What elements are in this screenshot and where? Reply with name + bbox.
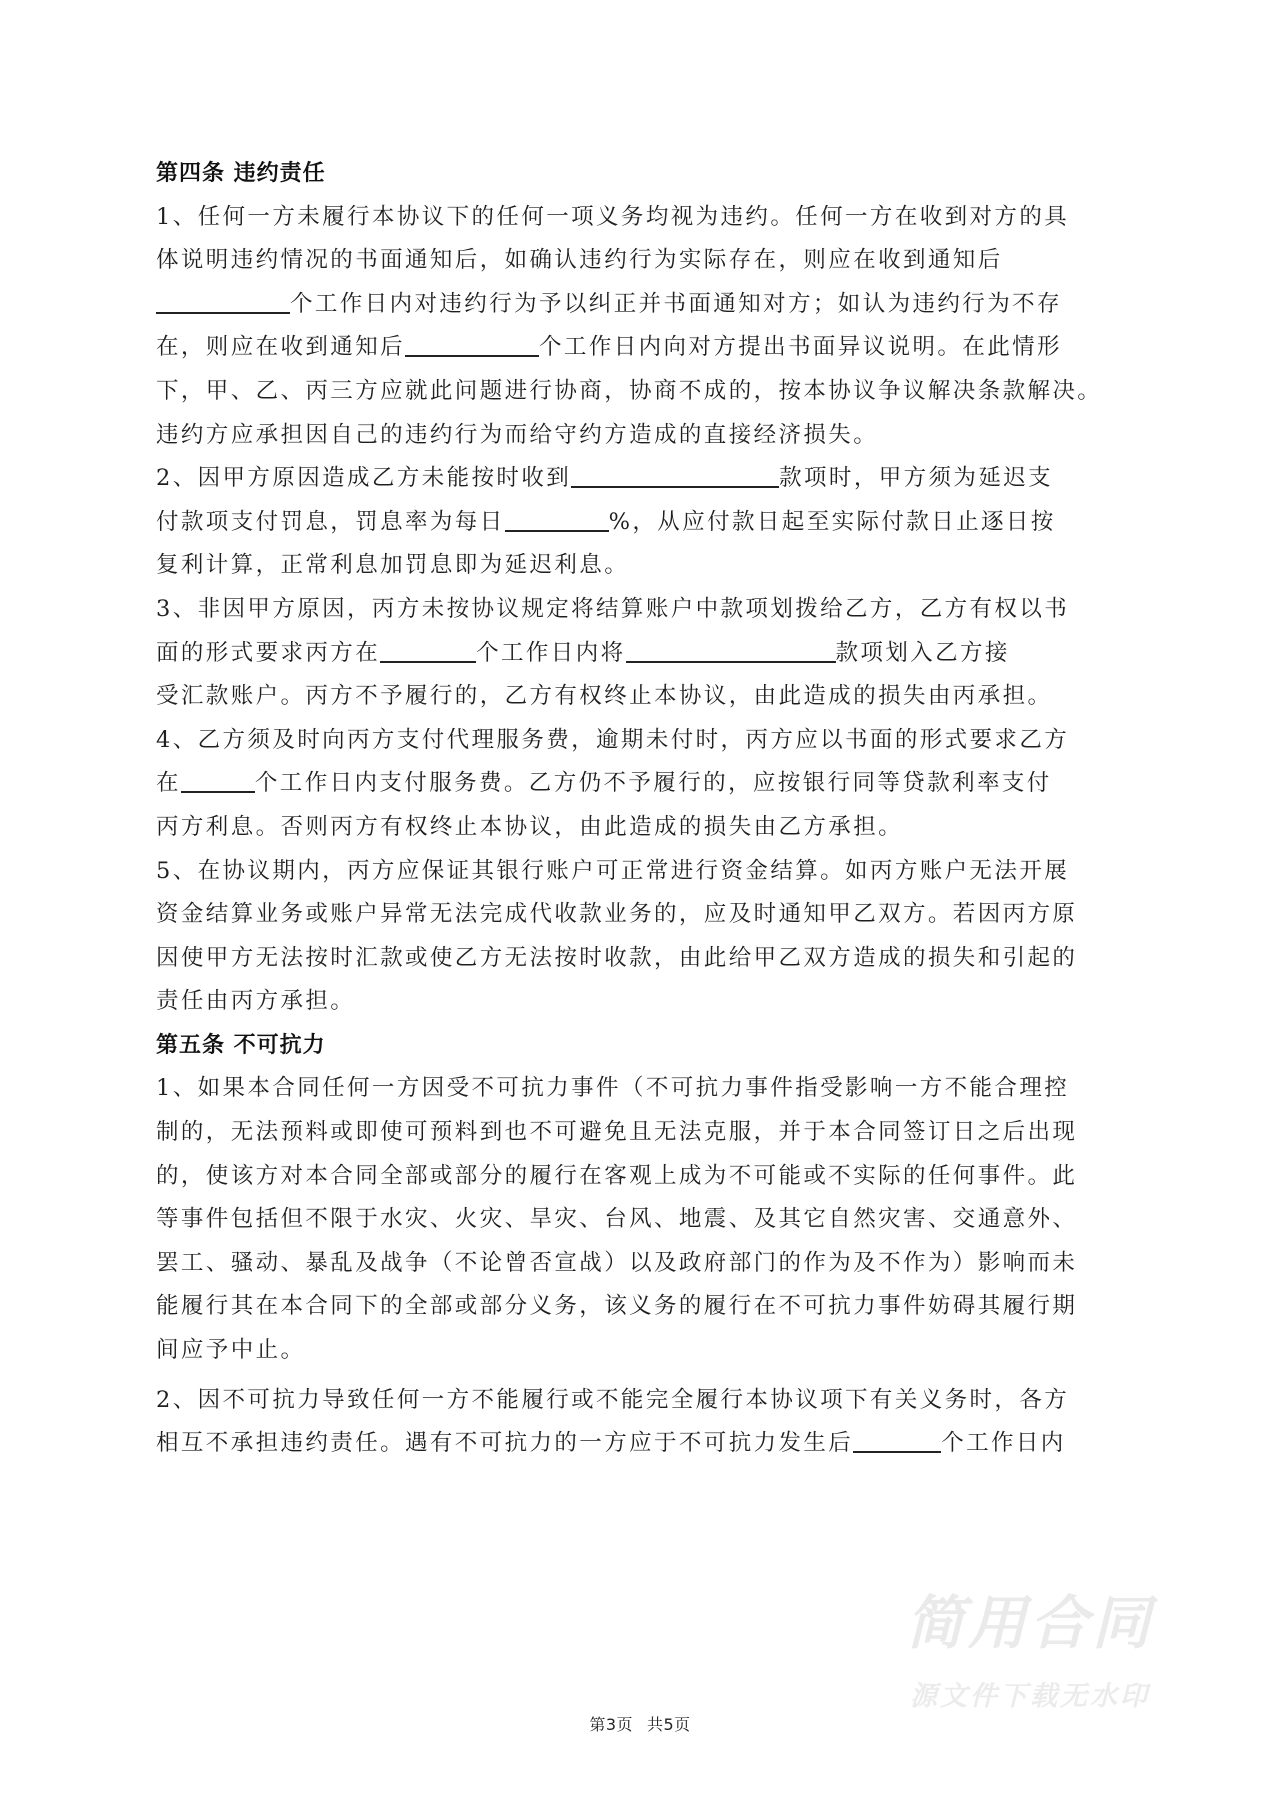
text: %，从应付款日起至实际付款日止逐日按 xyxy=(609,509,1056,535)
watermark-brand: 简用合同 xyxy=(880,1590,1180,1656)
clause-5-1-line-4: 等事件包括但不限于水灾、火灾、旱灾、台风、地震、及其它自然灾害、交通意外、 xyxy=(156,1198,1126,1242)
watermark: 简用合同 源文件下载无水印 xyxy=(880,1590,1180,1713)
text: 受汇款账户。丙方不予履行的，乙方有权终止本协议，由此造成的损失由丙承担。 xyxy=(156,683,1052,709)
section-heading-breach-liability: 第四条 违约责任 xyxy=(156,152,1126,196)
text: 款项划入乙方接 xyxy=(836,640,1010,666)
text: 款项时，甲方须为延迟支 xyxy=(779,465,1053,491)
text: 制的，无法预料或即使可预料到也不可避免且无法克服，并于本合同签订日之后出现 xyxy=(156,1119,1077,1145)
text: 个工作日内将 xyxy=(476,640,625,666)
clause-4-2-line-2: 付款项支付罚息，罚息率为每日%，从应付款日起至实际付款日止逐日按 xyxy=(156,501,1126,545)
text: 在，则应在收到通知后 xyxy=(156,334,405,360)
document-body: 第四条 违约责任 1、任何一方未履行本协议下的任何一项义务均视为违约。任何一方在… xyxy=(156,152,1126,1466)
text: 1、任何一方未履行本协议下的任何一项义务均视为违约。任何一方在收到对方的具 xyxy=(156,204,1069,230)
clause-4-2-line-1: 2、因甲方原因造成乙方未能按时收到款项时，甲方须为延迟支 xyxy=(156,457,1126,501)
watermark-tagline: 源文件下载无水印 xyxy=(880,1674,1180,1713)
clause-4-3-line-2: 面的形式要求丙方在个工作日内将款项划入乙方接 xyxy=(156,632,1126,676)
fill-blank-notice-days[interactable] xyxy=(853,1425,941,1453)
text: 责任由丙方承担。 xyxy=(156,988,355,1014)
fill-blank-penalty-rate[interactable] xyxy=(505,504,609,532)
clause-4-5-line-2: 资金结算业务或账户异常无法完成代收款业务的，应及时通知甲乙双方。若因丙方原 xyxy=(156,893,1126,937)
clause-4-5-line-1: 5、在协议期内，丙方应保证其银行账户可正常进行资金结算。如丙方账户无法开展 xyxy=(156,850,1126,894)
page-footer: 第3页共5页 xyxy=(0,1712,1280,1735)
text: 体说明违约情况的书面通知后，如确认违约行为实际存在，则应在收到通知后 xyxy=(156,247,1003,273)
text: 资金结算业务或账户异常无法完成代收款业务的，应及时通知甲乙双方。若因丙方原 xyxy=(156,901,1077,927)
text: 1、如果本合同任何一方因受不可抗力事件（不可抗力事件指受影响一方不能合理控 xyxy=(156,1075,1069,1101)
text: 违约方应承担因自己的违约行为而给守约方造成的直接经济损失。 xyxy=(156,422,878,448)
fill-blank-fee-days[interactable] xyxy=(181,765,255,793)
clause-4-4-line-2: 在个工作日内支付服务费。乙方仍不予履行的，应按银行同等贷款利率支付 xyxy=(156,762,1126,806)
clause-4-1-line-3: 个工作日内对违约行为予以纠正并书面通知对方；如认为违约行为不存 xyxy=(156,283,1126,327)
clause-4-1-line-2: 体说明违约情况的书面通知后，如确认违约行为实际存在，则应在收到通知后 xyxy=(156,239,1126,283)
clause-5-1-line-6: 能履行其在本合同下的全部或部分义务，该义务的履行在不可抗力事件妨碍其履行期 xyxy=(156,1285,1126,1329)
fill-blank-transfer-amount[interactable] xyxy=(626,635,836,663)
fill-blank-correction-days[interactable] xyxy=(156,286,290,314)
text: 丙方利息。否则丙方有权终止本协议，由此造成的损失由乙方承担。 xyxy=(156,814,903,840)
clause-4-2-line-3: 复利计算，正常利息加罚息即为延迟利息。 xyxy=(156,544,1126,588)
text: 4、乙方须及时向丙方支付代理服务费，逾期未付时，丙方应以书面的形式要求乙方 xyxy=(156,727,1069,753)
clause-5-2-line-2: 相互不承担违约责任。遇有不可抗力的一方应于不可抗力发生后个工作日内 xyxy=(156,1422,1126,1466)
clause-4-1-line-6: 违约方应承担因自己的违约行为而给守约方造成的直接经济损失。 xyxy=(156,414,1126,458)
fill-blank-objection-days[interactable] xyxy=(405,329,539,357)
text: 付款项支付罚息，罚息率为每日 xyxy=(156,509,505,535)
clause-4-5-line-3: 因使甲方无法按时汇款或使乙方无法按时收款，由此给甲乙双方造成的损失和引起的 xyxy=(156,937,1126,981)
clause-5-2-line-1: 2、因不可抗力导致任何一方不能履行或不能完全履行本协议项下有关义务时，各方 xyxy=(156,1379,1126,1423)
text: 下，甲、乙、丙三方应就此问题进行协商，协商不成的，按本协议争议解决条款解决。 xyxy=(156,378,1102,404)
text: 面的形式要求丙方在 xyxy=(156,640,380,666)
clause-4-1-line-5: 下，甲、乙、丙三方应就此问题进行协商，协商不成的，按本协议争议解决条款解决。 xyxy=(156,370,1126,414)
page-total: 共5页 xyxy=(647,1715,691,1734)
clause-4-1-line-4: 在，则应在收到通知后个工作日内向对方提出书面异议说明。在此情形 xyxy=(156,326,1126,370)
clause-5-1-line-1: 1、如果本合同任何一方因受不可抗力事件（不可抗力事件指受影响一方不能合理控 xyxy=(156,1067,1126,1111)
document-page: 第四条 违约责任 1、任何一方未履行本协议下的任何一项义务均视为违约。任何一方在… xyxy=(0,0,1280,1810)
clause-4-3-line-1: 3、非因甲方原因，丙方未按协议规定将结算账户中款项划拨给乙方，乙方有权以书 xyxy=(156,588,1126,632)
fill-blank-transfer-days[interactable] xyxy=(380,635,476,663)
text: 个工作日内向对方提出书面异议说明。在此情形 xyxy=(539,334,1062,360)
page-number: 第3页 xyxy=(589,1715,633,1734)
clause-4-5-line-4: 责任由丙方承担。 xyxy=(156,980,1126,1024)
clause-5-1-line-7: 间应予中止。 xyxy=(156,1329,1126,1373)
text: 5、在协议期内，丙方应保证其银行账户可正常进行资金结算。如丙方账户无法开展 xyxy=(156,858,1069,884)
clause-4-3-line-3: 受汇款账户。丙方不予履行的，乙方有权终止本协议，由此造成的损失由丙承担。 xyxy=(156,675,1126,719)
text: 3、非因甲方原因，丙方未按协议规定将结算账户中款项划拨给乙方，乙方有权以书 xyxy=(156,596,1069,622)
clause-4-4-line-1: 4、乙方须及时向丙方支付代理服务费，逾期未付时，丙方应以书面的形式要求乙方 xyxy=(156,719,1126,763)
clause-5-1-line-2: 制的，无法预料或即使可预料到也不可避免且无法克服，并于本合同签订日之后出现 xyxy=(156,1111,1126,1155)
clause-5-1-line-5: 罢工、骚动、暴乱及战争（不论曾否宣战）以及政府部门的作为及不作为）影响而未 xyxy=(156,1242,1126,1286)
text: 个工作日内支付服务费。乙方仍不予履行的，应按银行同等贷款利率支付 xyxy=(255,770,1052,796)
text: 复利计算，正常利息加罚息即为延迟利息。 xyxy=(156,552,629,578)
clause-4-4-line-3: 丙方利息。否则丙方有权终止本协议，由此造成的损失由乙方承担。 xyxy=(156,806,1126,850)
text: 2、因甲方原因造成乙方未能按时收到 xyxy=(156,465,571,491)
text: 罢工、骚动、暴乱及战争（不论曾否宣战）以及政府部门的作为及不作为）影响而未 xyxy=(156,1250,1077,1276)
text: 能履行其在本合同下的全部或部分义务，该义务的履行在不可抗力事件妨碍其履行期 xyxy=(156,1293,1077,1319)
text: 间应予中止。 xyxy=(156,1337,305,1363)
text: 相互不承担违约责任。遇有不可抗力的一方应于不可抗力发生后 xyxy=(156,1430,853,1456)
fill-blank-payment-amount[interactable] xyxy=(571,460,779,488)
text: 因使甲方无法按时汇款或使乙方无法按时收款，由此给甲乙双方造成的损失和引起的 xyxy=(156,945,1077,971)
clause-5-1-line-3: 的，使该方对本合同全部或部分的履行在客观上成为不可能或不实际的任何事件。此 xyxy=(156,1155,1126,1199)
section-heading-force-majeure: 第五条 不可抗力 xyxy=(156,1024,1126,1068)
text: 个工作日内 xyxy=(941,1430,1066,1456)
text: 在 xyxy=(156,770,181,796)
text: 2、因不可抗力导致任何一方不能履行或不能完全履行本协议项下有关义务时，各方 xyxy=(156,1387,1069,1413)
text: 等事件包括但不限于水灾、火灾、旱灾、台风、地震、及其它自然灾害、交通意外、 xyxy=(156,1206,1077,1232)
text: 个工作日内对违约行为予以纠正并书面通知对方；如认为违约行为不存 xyxy=(290,291,1062,317)
clause-4-1-line-1: 1、任何一方未履行本协议下的任何一项义务均视为违约。任何一方在收到对方的具 xyxy=(156,196,1126,240)
text: 的，使该方对本合同全部或部分的履行在客观上成为不可能或不实际的任何事件。此 xyxy=(156,1163,1077,1189)
